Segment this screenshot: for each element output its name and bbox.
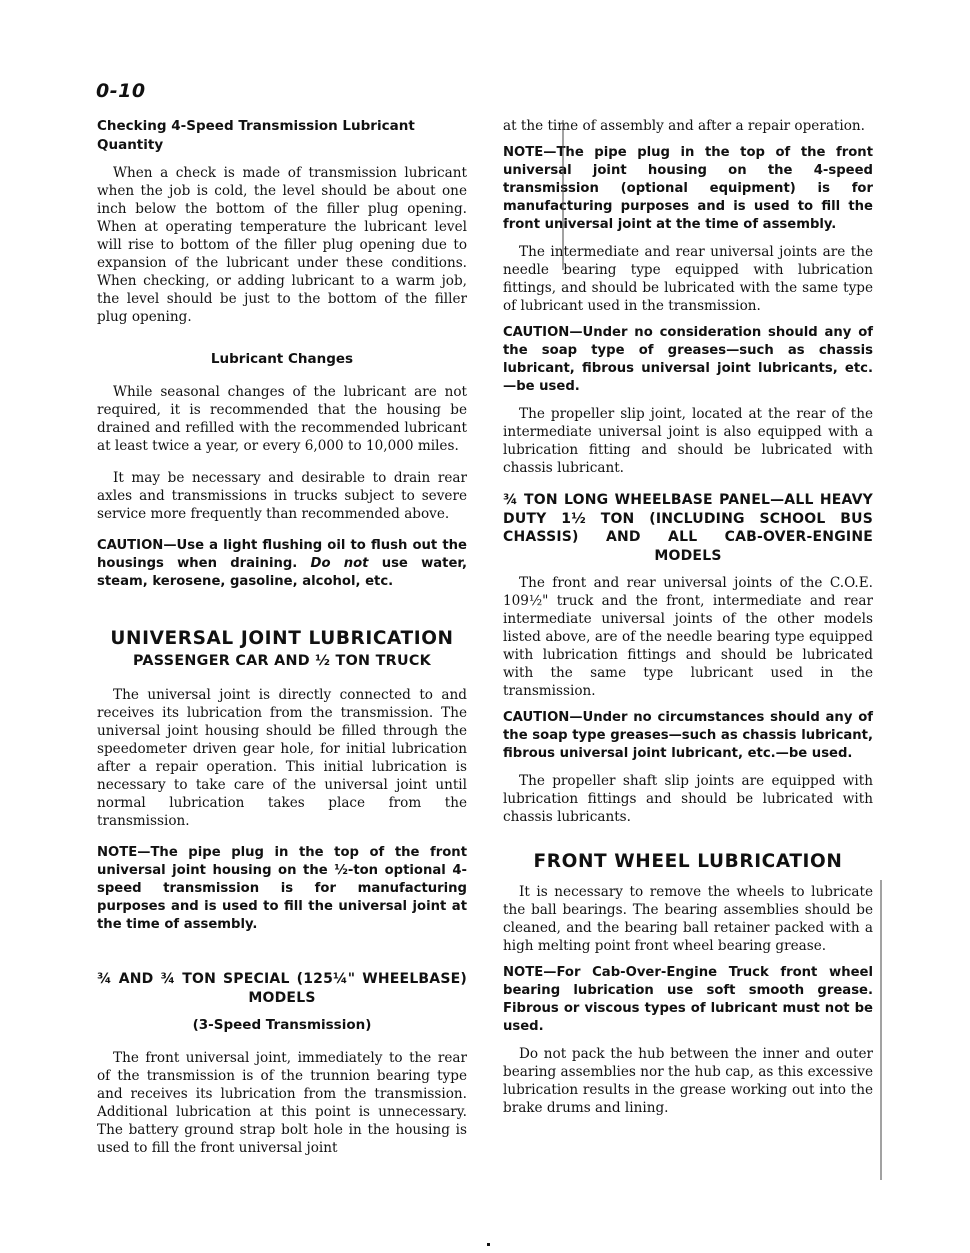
four-speed-note: NOTE—The pipe plug in the top of the fro… — [503, 144, 873, 234]
right-column: at the time of assembly and after a repa… — [503, 117, 873, 1117]
coe-joints-para: The front and rear universal joints of t… — [503, 574, 873, 700]
universal-joint-note: NOTE—The pipe plug in the top of the fro… — [97, 844, 467, 934]
page-tear-mark — [562, 120, 564, 270]
passenger-car-subheading: PASSENGER CAR AND ½ TON TRUCK — [97, 651, 467, 672]
three-quarter-heading: ¾ AND ¾ TON SPECIAL (125¼" WHEELBASE) MO… — [97, 970, 467, 1007]
three-speed-subheading: (3-Speed Transmission) — [97, 1016, 467, 1035]
lubricant-changes-heading: Lubricant Changes — [97, 350, 467, 369]
front-wheel-body: It is necessary to remove the wheels to … — [503, 883, 873, 955]
three-quarter-body: The front universal joint, immediately t… — [97, 1049, 467, 1157]
universal-joint-heading: UNIVERSAL JOINT LUBRICATION — [97, 627, 467, 651]
checking-heading-line1: Checking 4-Speed Transmission Lubricant — [97, 118, 415, 134]
caution-soap-greases: CAUTION—Under no consideration should an… — [503, 324, 873, 396]
print-speck — [487, 1243, 490, 1246]
continuation-text: at the time of assembly and after a repa… — [503, 117, 873, 135]
intermediate-joints-para: The intermediate and rear universal join… — [503, 243, 873, 315]
coe-front-wheel-note: NOTE—For Cab-Over-Engine Truck front whe… — [503, 964, 873, 1036]
propeller-shaft-para: The propeller shaft slip joints are equi… — [503, 772, 873, 826]
checking-heading-line2: Quantity — [97, 137, 163, 153]
propeller-slip-para: The propeller slip joint, located at the… — [503, 405, 873, 477]
checking-body: When a check is made of transmission lub… — [97, 164, 467, 326]
caution-circumstances: CAUTION—Under no circumstances should an… — [503, 709, 873, 763]
universal-joint-body: The universal joint is directly connecte… — [97, 686, 467, 830]
front-wheel-heading: FRONT WHEEL LUBRICATION — [503, 850, 873, 874]
checking-heading: Checking 4-Speed Transmission Lubricant … — [97, 117, 467, 155]
left-column: Checking 4-Speed Transmission Lubricant … — [97, 117, 467, 1157]
lubricant-changes-para1: While seasonal changes of the lubricant … — [97, 383, 467, 455]
hub-packing-para: Do not pack the hub between the inner an… — [503, 1045, 873, 1117]
lubricant-changes-para2: It may be necessary and desirable to dra… — [97, 469, 467, 523]
page-tear-mark-right — [880, 880, 882, 1180]
page-number: 0-10 — [96, 80, 146, 102]
heavy-duty-heading: ¾ TON LONG WHEELBASE PANEL—ALL HEAVY DUT… — [503, 491, 873, 565]
caution-emphasis: Do not — [311, 556, 369, 571]
caution-flushing: CAUTION—Use a light flushing oil to flus… — [97, 537, 467, 591]
